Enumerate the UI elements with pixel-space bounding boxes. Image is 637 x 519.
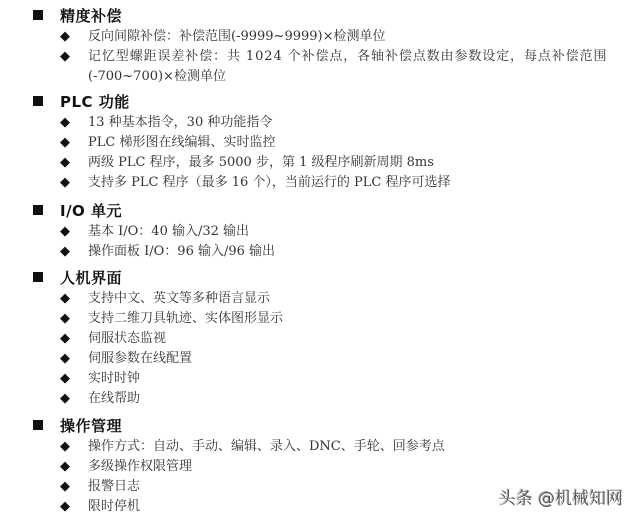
diamond-bullet-icon: ◆: [60, 222, 70, 242]
diamond-bullet-icon: ◆: [60, 153, 70, 173]
diamond-bullet-icon: ◆: [60, 437, 70, 457]
diamond-bullet-icon: ◆: [60, 133, 70, 153]
square-bullet-icon: [33, 205, 43, 215]
item-text: 实时时钟: [88, 369, 627, 389]
section-plc-functions: PLC 功能 ◆ 13 种基本指令，30 种功能指令 ◆ PLC 梯形图在线编辑…: [0, 89, 637, 193]
diamond-bullet-icon: ◆: [60, 457, 70, 477]
section-title: PLC 功能: [60, 91, 130, 112]
section-title: 精度补偿: [60, 5, 122, 26]
section-heading: I/O 单元: [0, 198, 637, 222]
item-text: 反向间隙补偿：补偿范围(-9999~9999)×检测单位: [88, 27, 627, 47]
item-list: ◆ 基本 I/O：40 输入/32 输出 ◆ 操作面板 I/O：96 输入/96…: [0, 222, 637, 262]
item-text-continuation: (-700~700)×检测单位: [88, 67, 637, 87]
list-item: ◆ PLC 梯形图在线编辑、实时监控: [0, 133, 637, 153]
item-text: 支持中文、英文等多种语言显示: [88, 289, 627, 309]
item-text: 伺服参数在线配置: [88, 349, 627, 369]
list-item: ◆ 伺服状态监视: [0, 329, 637, 349]
list-item: ◆ 操作方式：自动、手动、编辑、录入、DNC、手轮、回参考点: [0, 437, 637, 457]
item-text: PLC 梯形图在线编辑、实时监控: [88, 133, 627, 153]
list-item: ◆ 两级 PLC 程序，最多 5000 步，第 1 级程序刷新周期 8ms: [0, 153, 637, 173]
item-text: 记忆型螺距误差补偿：共 1024 个补偿点，各轴补偿点数由参数设定，每点补偿范围: [88, 47, 627, 67]
square-bullet-icon: [33, 272, 43, 282]
diamond-bullet-icon: ◆: [60, 47, 70, 67]
diamond-bullet-icon: ◆: [60, 27, 70, 47]
item-text: 操作面板 I/O：96 输入/96 输出: [88, 242, 627, 262]
list-item: ◆ 支持中文、英文等多种语言显示: [0, 289, 637, 309]
diamond-bullet-icon: ◆: [60, 173, 70, 193]
diamond-bullet-icon: ◆: [60, 289, 70, 309]
list-item: ◆ 支持二维刀具轨迹、实体图形显示: [0, 309, 637, 329]
section-heading: 精度补偿: [0, 3, 637, 27]
diamond-bullet-icon: ◆: [60, 113, 70, 133]
list-item: ◆ 13 种基本指令，30 种功能指令: [0, 113, 637, 133]
diamond-bullet-icon: ◆: [60, 477, 70, 497]
section-title: 操作管理: [60, 415, 122, 436]
square-bullet-icon: [33, 10, 43, 20]
item-text: 支持多 PLC 程序（最多 16 个），当前运行的 PLC 程序可选择: [88, 173, 627, 193]
diamond-bullet-icon: ◆: [60, 349, 70, 369]
item-text: 基本 I/O：40 输入/32 输出: [88, 222, 627, 242]
item-text: 操作方式：自动、手动、编辑、录入、DNC、手轮、回参考点: [88, 437, 627, 457]
section-title: I/O 单元: [60, 200, 122, 221]
section-title: 人机界面: [60, 267, 122, 288]
list-item: ◆ 多级操作权限管理: [0, 457, 637, 477]
square-bullet-icon: [33, 420, 43, 430]
section-hmi: 人机界面 ◆ 支持中文、英文等多种语言显示 ◆ 支持二维刀具轨迹、实体图形显示 …: [0, 265, 637, 409]
diamond-bullet-icon: ◆: [60, 329, 70, 349]
diamond-bullet-icon: ◆: [60, 497, 70, 517]
list-item: ◆ 在线帮助: [0, 389, 637, 409]
item-text: 13 种基本指令，30 种功能指令: [88, 113, 627, 133]
section-io-unit: I/O 单元 ◆ 基本 I/O：40 输入/32 输出 ◆ 操作面板 I/O：9…: [0, 198, 637, 262]
item-text: 伺服状态监视: [88, 329, 627, 349]
section-precision-compensation: 精度补偿 ◆ 反向间隙补偿：补偿范围(-9999~9999)×检测单位 ◆ 记忆…: [0, 3, 637, 87]
list-item: ◆ 基本 I/O：40 输入/32 输出: [0, 222, 637, 242]
list-item: ◆ 记忆型螺距误差补偿：共 1024 个补偿点，各轴补偿点数由参数设定，每点补偿…: [0, 47, 637, 87]
item-text: 两级 PLC 程序，最多 5000 步，第 1 级程序刷新周期 8ms: [88, 153, 627, 173]
list-item: ◆ 伺服参数在线配置: [0, 349, 637, 369]
diamond-bullet-icon: ◆: [60, 242, 70, 262]
diamond-bullet-icon: ◆: [60, 369, 70, 389]
section-heading: PLC 功能: [0, 89, 637, 113]
diamond-bullet-icon: ◆: [60, 309, 70, 329]
section-heading: 人机界面: [0, 265, 637, 289]
item-text: 在线帮助: [88, 389, 627, 409]
item-list: ◆ 反向间隙补偿：补偿范围(-9999~9999)×检测单位 ◆ 记忆型螺距误差…: [0, 27, 637, 87]
item-list: ◆ 13 种基本指令，30 种功能指令 ◆ PLC 梯形图在线编辑、实时监控 ◆…: [0, 113, 637, 193]
list-item: ◆ 实时时钟: [0, 369, 637, 389]
list-item: ◆ 操作面板 I/O：96 输入/96 输出: [0, 242, 637, 262]
item-text: 多级操作权限管理: [88, 457, 627, 477]
diamond-bullet-icon: ◆: [60, 389, 70, 409]
list-item: ◆ 反向间隙补偿：补偿范围(-9999~9999)×检测单位: [0, 27, 637, 47]
item-text: 支持二维刀具轨迹、实体图形显示: [88, 309, 627, 329]
square-bullet-icon: [33, 96, 43, 106]
watermark: 头条 @机械知网: [499, 484, 623, 509]
section-heading: 操作管理: [0, 413, 637, 437]
item-list: ◆ 支持中文、英文等多种语言显示 ◆ 支持二维刀具轨迹、实体图形显示 ◆ 伺服状…: [0, 289, 637, 409]
list-item: ◆ 支持多 PLC 程序（最多 16 个），当前运行的 PLC 程序可选择: [0, 173, 637, 193]
